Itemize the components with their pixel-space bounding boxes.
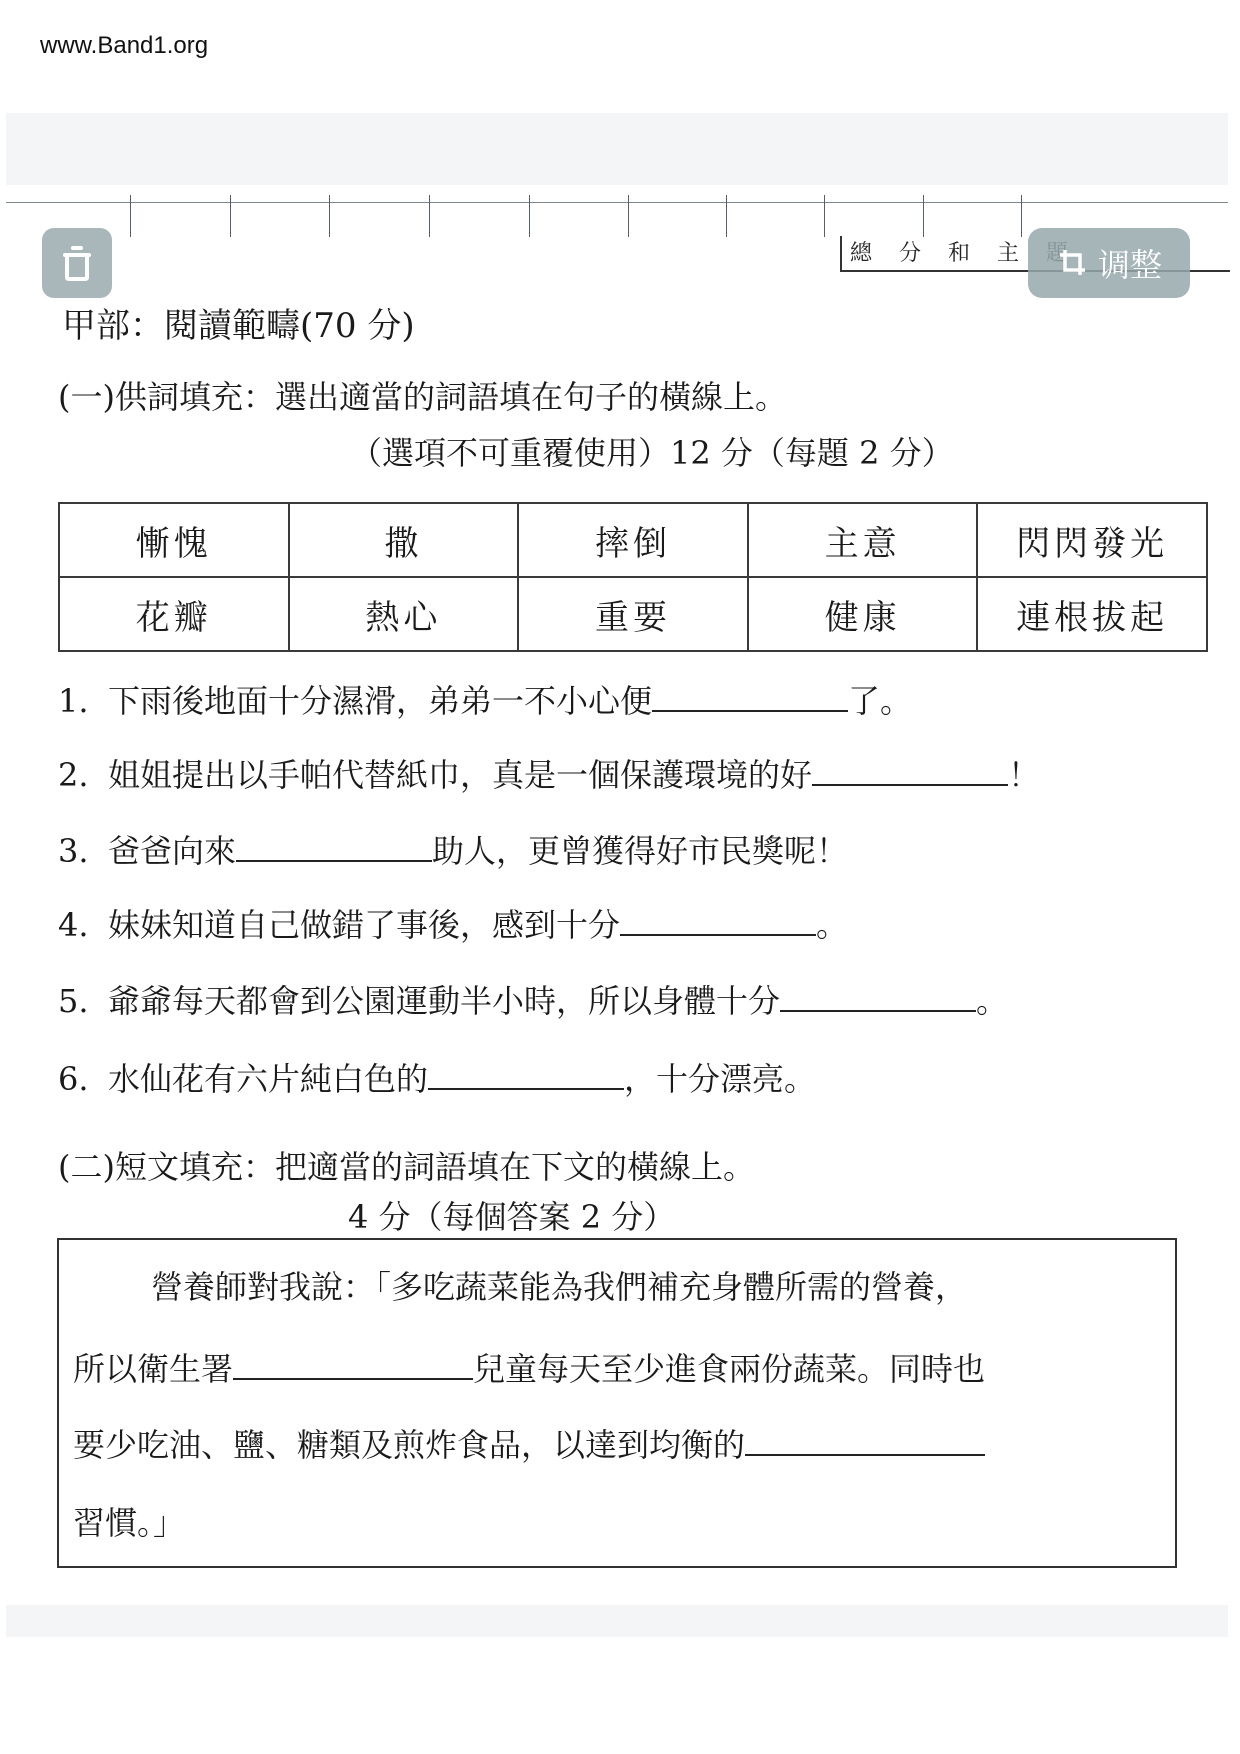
answer-blank[interactable] bbox=[428, 1058, 624, 1090]
word-bank-cell: 摔倒 bbox=[518, 503, 748, 577]
word-bank-cell: 撒 bbox=[289, 503, 519, 577]
ruler-tick bbox=[130, 195, 131, 237]
question-number: 4. bbox=[58, 906, 108, 944]
question-text-before: 妹妹知道自己做錯了事後，感到十分 bbox=[108, 906, 620, 944]
section2-subtitle: 4 分（每個答案 2 分） bbox=[348, 1192, 675, 1238]
passage-line-4: 習慣。」 bbox=[73, 1498, 185, 1544]
answer-blank[interactable] bbox=[233, 1348, 473, 1380]
question-text-after: 。 bbox=[976, 982, 1008, 1020]
question-5: 5.爺爺每天都會到公園運動半小時，所以身體十分。 bbox=[58, 976, 1008, 1022]
question-3: 3.爸爸向來助人，更曾獲得好市民獎呢！ bbox=[58, 826, 848, 872]
question-number: 1. bbox=[58, 682, 108, 720]
word-bank-cell: 主意 bbox=[748, 503, 978, 577]
word-bank-cell: 閃閃發光 bbox=[977, 503, 1207, 577]
section2-title: (二)短文填充：把適當的詞語填在下文的橫線上。 bbox=[58, 1142, 755, 1188]
word-bank-cell: 慚愧 bbox=[59, 503, 289, 577]
question-text-after: ！ bbox=[1008, 756, 1040, 794]
adjust-button[interactable]: 调整 bbox=[1028, 228, 1190, 298]
word-bank-cell: 連根拔起 bbox=[977, 577, 1207, 651]
question-1: 1.下雨後地面十分濕滑，弟弟一不小心便了。 bbox=[58, 676, 912, 722]
answer-blank[interactable] bbox=[745, 1424, 985, 1456]
question-text-before: 下雨後地面十分濕滑，弟弟一不小心便 bbox=[108, 682, 652, 720]
word-bank-row: 花瓣 熱心 重要 健康 連根拔起 bbox=[59, 577, 1207, 651]
question-text-before: 水仙花有六片純白色的 bbox=[108, 1060, 428, 1098]
ruler-tick bbox=[1021, 195, 1022, 237]
question-text-after: 助人，更曾獲得好市民獎呢！ bbox=[432, 832, 848, 870]
question-4: 4.妹妹知道自己做錯了事後，感到十分。 bbox=[58, 900, 848, 946]
answer-blank[interactable] bbox=[236, 830, 432, 862]
question-text-before: 爺爺每天都會到公園運動半小時，所以身體十分 bbox=[108, 982, 780, 1020]
question-6: 6.水仙花有六片純白色的，十分漂亮。 bbox=[58, 1054, 816, 1100]
ruler-tick bbox=[429, 195, 430, 237]
word-bank-cell: 熱心 bbox=[289, 577, 519, 651]
top-gray-band bbox=[6, 113, 1228, 185]
question-text-after: 了。 bbox=[848, 682, 912, 720]
delete-button[interactable] bbox=[42, 228, 112, 298]
passage-text: 兒童每天至少進食兩份蔬菜。同時也 bbox=[473, 1350, 985, 1388]
question-text-before: 姐姐提出以手帕代替紙巾，真是一個保護環境的好 bbox=[108, 756, 812, 794]
question-number: 2. bbox=[58, 756, 108, 794]
answer-blank[interactable] bbox=[812, 754, 1008, 786]
ruler-line bbox=[6, 202, 1228, 203]
ruler-tick bbox=[230, 195, 231, 237]
word-bank-cell: 花瓣 bbox=[59, 577, 289, 651]
ruler-tick bbox=[824, 195, 825, 237]
ruler-tick bbox=[628, 195, 629, 237]
ruler-tick bbox=[529, 195, 530, 237]
section1-title: (一)供詞填充：選出適當的詞語填在句子的橫線上。 bbox=[58, 372, 787, 418]
adjust-label: 调整 bbox=[1098, 240, 1162, 286]
question-2: 2.姐姐提出以手帕代替紙巾，真是一個保護環境的好！ bbox=[58, 750, 1040, 796]
question-text-after: ，十分漂亮。 bbox=[624, 1060, 816, 1098]
crop-rotate-icon bbox=[1056, 246, 1090, 280]
ruler-tick bbox=[923, 195, 924, 237]
word-bank-cell: 重要 bbox=[518, 577, 748, 651]
bottom-gray-band bbox=[6, 1605, 1228, 1637]
question-text-after: 。 bbox=[816, 906, 848, 944]
word-bank-cell: 健康 bbox=[748, 577, 978, 651]
passage-line-1: 營養師對我說：「多吃蔬菜能為我們補充身體所需的營養， bbox=[151, 1262, 967, 1308]
ruler-tick bbox=[726, 195, 727, 237]
ruler-tick bbox=[329, 195, 330, 237]
word-bank-table: 慚愧 撒 摔倒 主意 閃閃發光 花瓣 熱心 重要 健康 連根拔起 bbox=[58, 502, 1208, 652]
passage-line-2: 所以衛生署兒童每天至少進食兩份蔬菜。同時也 bbox=[73, 1344, 985, 1390]
trash-icon bbox=[60, 244, 94, 282]
passage-text: 要少吃油、鹽、糖類及煎炸食品，以達到均衡的 bbox=[73, 1426, 745, 1464]
question-number: 5. bbox=[58, 982, 108, 1020]
answer-blank[interactable] bbox=[652, 680, 848, 712]
section1-subtitle: （選項不可重覆使用）12 分（每題 2 分） bbox=[350, 428, 954, 474]
passage-line-3: 要少吃油、鹽、糖類及煎炸食品，以達到均衡的 bbox=[73, 1420, 985, 1466]
answer-blank[interactable] bbox=[620, 904, 816, 936]
word-bank-row: 慚愧 撒 摔倒 主意 閃閃發光 bbox=[59, 503, 1207, 577]
question-number: 3. bbox=[58, 832, 108, 870]
watermark: www.Band1.org bbox=[40, 32, 208, 60]
passage-box: 營養師對我說：「多吃蔬菜能為我們補充身體所需的營養， 所以衛生署兒童每天至少進食… bbox=[57, 1238, 1177, 1568]
passage-text: 所以衛生署 bbox=[73, 1350, 233, 1388]
answer-blank[interactable] bbox=[780, 980, 976, 1012]
part-title: 甲部：閱讀範疇(70 分) bbox=[62, 298, 415, 347]
question-number: 6. bbox=[58, 1060, 108, 1098]
question-text-before: 爸爸向來 bbox=[108, 832, 236, 870]
